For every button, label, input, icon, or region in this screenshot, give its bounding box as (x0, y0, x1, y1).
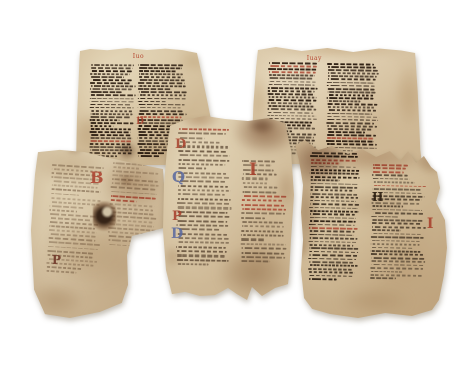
script-line (89, 131, 130, 133)
script-line (242, 164, 271, 167)
leaf-center-wrap: DQPDI (0, 0, 468, 382)
script-line (90, 119, 120, 121)
script-line (178, 189, 232, 192)
script-line (177, 211, 228, 214)
script-line (91, 149, 133, 151)
script-line (110, 199, 136, 202)
script-line (90, 101, 134, 103)
leaf-right: HI (292, 138, 450, 324)
script-line (178, 207, 231, 210)
script-line (269, 84, 314, 86)
script-line (372, 219, 423, 222)
script-line (311, 200, 356, 202)
script-line (49, 233, 96, 238)
script-line (310, 203, 359, 206)
script-line (268, 99, 316, 101)
script-line (51, 176, 100, 181)
leaf-top-left: IuoD (76, 47, 218, 165)
script-line (49, 229, 97, 234)
script-line (138, 82, 185, 84)
script-line (268, 102, 312, 104)
script-line (137, 152, 164, 154)
script-line (327, 150, 353, 152)
script-line (327, 143, 378, 146)
script-line (309, 237, 357, 240)
leaf-bottom-left-stain-1 (33, 146, 107, 186)
leaf-top-left-stain-4 (175, 49, 211, 73)
script-line (90, 104, 130, 106)
script-line (112, 182, 159, 187)
script-line (371, 253, 424, 256)
script-line (268, 139, 315, 141)
leaf-bottom-left-wrap: BP (0, 0, 468, 382)
script-line (268, 149, 318, 151)
script-line (110, 195, 155, 200)
script-line (309, 275, 353, 277)
script-line (109, 235, 155, 240)
script-line (177, 237, 229, 240)
script-line (176, 254, 225, 257)
script-line (178, 159, 229, 162)
script-line (47, 258, 97, 263)
script-line (111, 191, 156, 196)
leaf-bottom-left-stain-2 (100, 156, 165, 210)
leaf-top-right-rubric-heading: Iuay (307, 56, 322, 62)
script-line (328, 66, 376, 68)
leaf-top-left-initial-D: D (136, 118, 144, 127)
script-line (268, 136, 314, 138)
script-line (371, 264, 422, 267)
script-line (310, 155, 358, 158)
script-line (371, 236, 424, 239)
leaf-center-stain-6 (163, 245, 182, 269)
leaf-center-stain-4 (277, 167, 296, 210)
script-line (177, 250, 227, 253)
script-line (327, 112, 373, 114)
script-line (49, 205, 83, 209)
script-line (310, 220, 356, 222)
leaf-center-initial-D: D (171, 227, 183, 241)
leaf-top-left-wrap: IuoD (0, 0, 468, 382)
script-line (242, 221, 285, 224)
script-line (46, 270, 77, 274)
script-line (371, 250, 421, 253)
leaf-bottom-left-initial-B: B (90, 170, 104, 186)
script-line (178, 163, 226, 166)
script-line (242, 204, 285, 207)
script-line (327, 97, 373, 99)
script-line (329, 72, 380, 75)
script-line (267, 127, 315, 129)
script-line (372, 202, 420, 205)
script-line (269, 105, 314, 107)
script-line (177, 180, 225, 183)
script-line (327, 122, 375, 124)
script-line (310, 210, 359, 213)
script-line (243, 169, 274, 172)
script-line (109, 223, 154, 228)
leaf-bottom-left-text-column-1 (45, 164, 104, 278)
leaf-right-wrap: HI (0, 0, 468, 382)
script-line (90, 73, 130, 75)
script-line (309, 206, 357, 209)
script-line (328, 91, 376, 93)
script-line (90, 91, 122, 93)
script-line (138, 146, 181, 148)
script-line (373, 185, 427, 188)
script-line (309, 234, 353, 236)
script-line (177, 241, 229, 244)
script-line (91, 122, 134, 124)
leaf-top-left-stain-3 (117, 141, 137, 161)
script-line (241, 247, 286, 250)
leaf-right-stain-1 (286, 134, 346, 186)
script-line (138, 149, 184, 151)
script-line (109, 211, 153, 216)
leaf-top-left-edge-vignette (76, 47, 218, 165)
script-line (310, 189, 354, 191)
leaf-top-left-stain-1 (73, 112, 104, 153)
script-line (91, 67, 133, 69)
script-line (328, 94, 374, 96)
script-line (372, 226, 425, 229)
leaf-right-stain-3 (292, 164, 320, 261)
script-line (327, 125, 377, 127)
script-line (178, 132, 226, 135)
leaf-center-stain-1 (179, 106, 220, 130)
leaf-center-initial-Q: Q (172, 170, 185, 185)
leaf-center-initial-D: D (175, 138, 186, 151)
script-line (49, 209, 77, 213)
script-line (328, 88, 376, 90)
leaf-top-right-stain-1 (259, 39, 414, 58)
script-line (308, 268, 353, 270)
script-line (177, 224, 229, 227)
leaf-right-initial-I: I (427, 217, 434, 231)
script-line (139, 70, 176, 72)
leaf-center: DQPDI (160, 112, 296, 308)
script-line (138, 137, 172, 139)
leaf-top-right-text-column-2 (326, 63, 379, 156)
leaf-right-stain-5 (336, 190, 412, 220)
script-line (139, 73, 183, 75)
script-line (139, 125, 182, 127)
script-line (372, 260, 426, 263)
leaf-center-edge-vignette (160, 112, 296, 308)
script-line (268, 130, 292, 132)
script-line (91, 79, 132, 81)
script-line (90, 152, 133, 154)
script-line (49, 225, 95, 230)
script-line (52, 188, 101, 193)
leaf-top-left-text-column-1 (89, 64, 135, 160)
script-line (308, 258, 356, 261)
script-line (138, 104, 184, 106)
script-line (328, 78, 376, 80)
script-line (268, 90, 315, 92)
script-line (90, 70, 132, 72)
leaf-bottom-left-stain-6 (65, 144, 84, 155)
script-line (138, 85, 186, 87)
script-line (268, 124, 313, 126)
leaf-bottom-left-stain-4 (27, 282, 84, 318)
script-line (47, 254, 93, 259)
script-line (268, 65, 317, 67)
script-line (268, 96, 317, 98)
script-line (242, 191, 276, 194)
script-line (310, 217, 356, 219)
script-line (90, 88, 131, 90)
script-line (107, 243, 137, 247)
script-line (177, 172, 226, 175)
script-line (328, 109, 377, 111)
script-line (241, 252, 284, 255)
leaf-top-right-wrap: Iuay (0, 0, 468, 382)
script-line (268, 115, 317, 117)
script-line (138, 134, 184, 136)
leaf-center-text-column-2 (240, 160, 288, 266)
script-line (327, 85, 375, 87)
script-line (267, 133, 316, 135)
script-line (50, 213, 99, 218)
script-line (90, 143, 132, 145)
script-line (90, 107, 134, 109)
burn-hole (93, 201, 116, 232)
script-line (139, 76, 183, 78)
script-line (52, 180, 100, 185)
script-line (89, 146, 131, 148)
script-line (310, 162, 340, 164)
script-line (138, 110, 183, 112)
script-line (51, 201, 100, 206)
script-line (91, 94, 136, 96)
script-line (139, 113, 187, 115)
script-line (179, 137, 205, 140)
leaf-top-left-text-column-2 (137, 64, 186, 160)
script-line (311, 176, 360, 179)
script-line (90, 98, 133, 100)
script-line (138, 119, 182, 121)
script-line (267, 121, 312, 123)
leaf-top-left-stain-2 (130, 141, 178, 162)
script-line (52, 172, 98, 177)
script-line (111, 186, 156, 191)
leaf-right-stain-7 (336, 287, 412, 315)
script-line (310, 166, 355, 168)
script-line (112, 170, 158, 175)
script-line (373, 188, 421, 191)
script-line (310, 254, 357, 257)
leaf-bottom-left: BP (30, 142, 165, 322)
script-line (178, 146, 229, 149)
script-line (139, 79, 185, 81)
script-line (371, 243, 420, 246)
script-line (138, 122, 185, 124)
script-line (327, 128, 373, 130)
script-line (309, 271, 355, 273)
leaf-center-stain-3 (247, 116, 277, 134)
script-line (46, 266, 83, 270)
script-line (372, 205, 403, 207)
leaf-right-initial-H: H (372, 191, 383, 203)
script-line (371, 222, 421, 225)
script-line (242, 199, 284, 202)
script-line (268, 152, 295, 154)
script-line (269, 62, 317, 64)
script-line (268, 93, 315, 95)
script-line (138, 88, 171, 90)
script-line (90, 125, 114, 127)
script-line (138, 94, 186, 96)
script-line (138, 140, 185, 142)
leaf-center-stain-2 (231, 108, 299, 155)
script-line (112, 178, 157, 183)
leaf-right-stain-4 (289, 235, 308, 261)
script-line (311, 183, 358, 186)
script-line (91, 128, 132, 130)
leaf-center-text-column-1 (175, 128, 231, 269)
script-line (310, 179, 339, 181)
leaf-top-left-rubric-heading: Iuo (133, 54, 144, 60)
script-line (138, 116, 181, 118)
leaf-bottom-left-stain-5 (119, 174, 133, 187)
script-line (242, 225, 284, 228)
leaf-top-right-stain-3 (394, 62, 425, 128)
script-line (309, 264, 358, 267)
script-line (177, 193, 225, 196)
script-line (372, 229, 401, 231)
script-line (310, 193, 357, 196)
script-line (50, 197, 100, 202)
script-line (139, 67, 182, 69)
script-line (108, 239, 151, 244)
script-line (51, 184, 97, 189)
script-line (309, 244, 353, 246)
script-line (242, 195, 286, 198)
script-line (269, 81, 316, 83)
script-line (52, 164, 103, 169)
script-line (108, 227, 157, 232)
script-line (241, 238, 265, 241)
script-line (241, 212, 285, 215)
leaf-top-right-edge-vignette (250, 44, 422, 164)
script-line (309, 247, 359, 250)
script-line (309, 261, 353, 263)
script-line (371, 271, 403, 273)
script-line (371, 198, 420, 201)
script-line (372, 209, 422, 212)
leaf-top-right-stain-2 (245, 74, 273, 128)
script-line (328, 100, 361, 102)
script-line (310, 230, 355, 232)
script-line (176, 259, 229, 262)
script-line (90, 140, 132, 142)
script-line (112, 166, 139, 170)
script-line (370, 267, 423, 270)
script-line (373, 181, 414, 183)
script-line (327, 140, 375, 142)
script-line (311, 159, 358, 162)
script-line (178, 198, 231, 201)
script-line (328, 134, 377, 136)
script-line (268, 118, 317, 120)
script-line (328, 106, 376, 108)
script-line (372, 192, 423, 195)
script-line (309, 278, 337, 280)
script-line (91, 85, 136, 87)
script-line (373, 164, 408, 166)
script-line (242, 208, 287, 211)
script-line (329, 75, 377, 77)
script-line (327, 119, 378, 122)
leaf-top-right: Iuay (250, 44, 422, 164)
script-line (112, 174, 141, 178)
script-line (310, 172, 358, 175)
script-line (311, 152, 358, 155)
leaf-right-text-column-1 (308, 152, 360, 283)
script-line (310, 169, 360, 172)
script-line (267, 146, 316, 148)
script-line (91, 110, 133, 112)
script-line (177, 220, 228, 223)
script-line (179, 167, 207, 170)
script-line (371, 216, 398, 218)
script-line (110, 207, 153, 212)
script-line (269, 112, 314, 114)
script-line (241, 234, 284, 237)
script-line (373, 195, 425, 198)
leaf-right-text-column-2 (370, 164, 426, 283)
script-line (177, 263, 209, 266)
script-line (52, 193, 80, 197)
leaf-center-initial-I: I (249, 162, 257, 179)
script-line (138, 64, 183, 66)
script-line (91, 64, 134, 66)
script-line (241, 256, 285, 259)
script-line (268, 68, 317, 70)
script-line (242, 182, 268, 185)
script-line (90, 82, 130, 84)
script-line (241, 243, 286, 246)
leaf-center-initial-P: P (172, 210, 182, 223)
script-line (47, 249, 94, 254)
script-line (90, 113, 132, 115)
script-line (48, 237, 95, 242)
script-line (241, 260, 270, 263)
script-line (243, 173, 277, 176)
script-line (327, 146, 377, 148)
script-line (52, 168, 102, 173)
script-line (50, 217, 91, 221)
script-line (138, 101, 166, 103)
script-line (268, 87, 318, 89)
script-line (138, 155, 160, 157)
script-line (178, 185, 228, 188)
leaf-center-stain-5 (217, 245, 292, 300)
script-line (310, 196, 359, 199)
script-line (309, 227, 358, 230)
leaf-bottom-left-text-column-2 (107, 162, 161, 253)
script-line (371, 257, 424, 260)
script-line (177, 202, 231, 205)
script-line (46, 262, 94, 267)
script-line (268, 77, 313, 79)
script-line (328, 82, 376, 84)
script-line (373, 167, 406, 169)
script-line (268, 108, 317, 110)
script-line (178, 150, 227, 153)
script-line (137, 143, 180, 145)
